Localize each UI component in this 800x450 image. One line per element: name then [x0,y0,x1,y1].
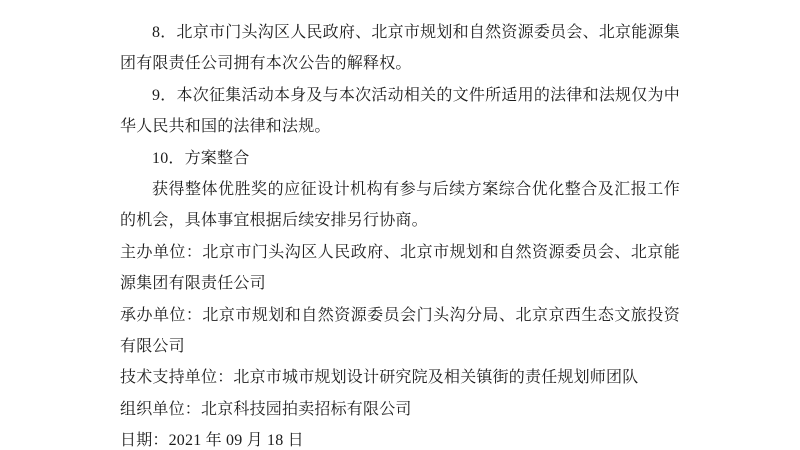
paragraph-item-8: 8．北京市门头沟区人民政府、北京市规划和自然资源委员会、北京能源集团有限责任公司… [120,17,680,80]
paragraph-organizing-unit: 组织单位：北京科技园拍卖招标有限公司 [120,394,680,425]
paragraph-item-10-heading: 10．方案整合 [120,143,680,174]
paragraph-item-10-body: 获得整体优胜奖的应征设计机构有参与后续方案综合优化整合及汇报工作的机会，具体事宜… [120,174,680,237]
paragraph-undertaking-organizer: 承办单位：北京市规划和自然资源委员会门头沟分局、北京京西生态文旅投资有限公司 [120,300,680,363]
paragraph-item-9: 9．本次征集活动本身及与本次活动相关的文件所适用的法律和法规仅为中华人民共和国的… [120,80,680,143]
paragraph-date: 日期：2021 年 09 月 18 日 [120,425,680,450]
paragraph-host-organizer: 主办单位：北京市门头沟区人民政府、北京市规划和自然资源委员会、北京能源集团有限责… [120,237,680,300]
paragraph-technical-support: 技术支持单位：北京市城市规划设计研究院及相关镇街的责任规划师团队 [120,362,680,393]
document-page: 8．北京市门头沟区人民政府、北京市规划和自然资源委员会、北京能源集团有限责任公司… [0,0,800,450]
